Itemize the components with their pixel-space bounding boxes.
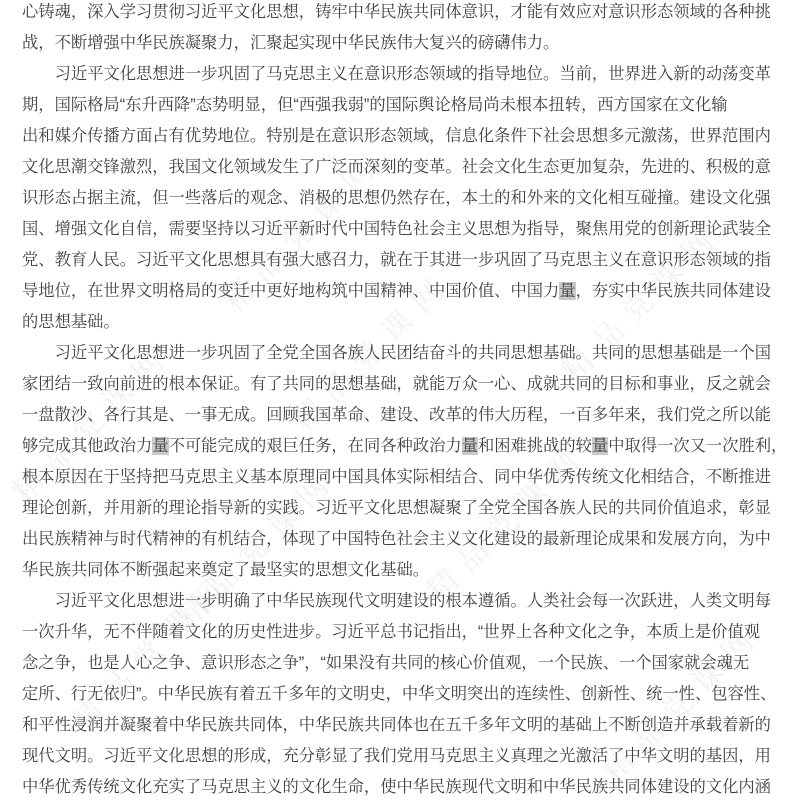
- text-line: 现代文明。习近平文化思想的形成，充分彰显了我们党用马克思主义真理之光激活了中华文…: [22, 741, 782, 772]
- paragraph: 心铸魂，深入学习贯彻习近平文化思想，铸牢中华民族共同体意识，才能有效应对意识形态…: [22, 0, 782, 59]
- document-text-body: 心铸魂，深入学习贯彻习近平文化思想，铸牢中华民族共同体意识，才能有效应对意识形态…: [22, 0, 782, 800]
- text-line: 中华优秀传统文化充实了马克思主义的文化生命，使中华民族现代文明和中华民族共同体建…: [22, 772, 782, 800]
- text-line: 的思想基础。: [22, 307, 782, 338]
- paragraph: 习近平文化思想进一步巩固了全党全国各族人民团结奋斗的共同思想基础。共同的思想基础…: [22, 338, 782, 586]
- text-line: 华民族共同体不断强起来奠定了最坚实的思想文化基础。: [22, 555, 782, 586]
- text-line: 出和媒介传播方面占有优势地位。特别是在意识形态领域，信息化条件下社会思想多元激荡…: [22, 121, 782, 152]
- text-line: 识形态占据主流，但一些落后的观念、消极的思想仍然存在，本土的和外来的文化相互碰撞…: [22, 183, 782, 214]
- text-line: 心铸魂，深入学习贯彻习近平文化思想，铸牢中华民族共同体意识，才能有效应对意识形态…: [22, 0, 782, 28]
- text-line: 够完成其他政治力量不可能完成的艰巨任务，在同各种政治力量和困难挑战的较量中取得一…: [22, 431, 782, 462]
- text-line: 习近平文化思想进一步巩固了全党全国各族人民团结奋斗的共同思想基础。共同的思想基础…: [22, 338, 782, 369]
- text-line: 家团结一致向前进的根本保证。有了共同的思想基础，就能万众一心、成就共同的目标和事…: [22, 369, 782, 400]
- text-line: 国、增强文化自信，需要坚持以习近平新时代中国特色社会主义思想为指导，聚焦用党的创…: [22, 214, 782, 245]
- document-page: 精品党课网精品党课网精品党课网精品党课网精品党课网精品党课网精品党课网精品党课网…: [0, 0, 800, 800]
- text-line: 期，国际格局“东升西降”态势明显，但“西强我弱”的国际舆论格局尚未根本扭转，西方…: [22, 90, 782, 121]
- text-line: 和平性浸润并凝聚着中华民族共同体，中华民族共同体也在五千多年文明的基础上不断创造…: [22, 710, 782, 741]
- text-line: 根本原因在于坚持把马克思主义基本原理同中国具体实际相结合、同中华优秀传统文化相结…: [22, 462, 782, 493]
- text-line: 定所、行无依归”。中华民族有着五千多年的文明史，中华文明突出的连续性、创新性、统…: [22, 679, 782, 710]
- text-line: 念之争，也是人心之争、意识形态之争”，“如果没有共同的核心价值观，一个民族、一个…: [22, 648, 782, 679]
- text-line: 习近平文化思想进一步明确了中华民族现代文明建设的根本遵循。人类社会每一次跃进，人…: [22, 586, 782, 617]
- paragraph: 习近平文化思想进一步明确了中华民族现代文明建设的根本遵循。人类社会每一次跃进，人…: [22, 586, 782, 800]
- masked-char: 量: [462, 437, 478, 455]
- text-line: 党、教育人民。习近平文化思想具有强大感召力，就在于其进一步巩固了马克思主义在意识…: [22, 245, 782, 276]
- text-line: 一盘散沙、各行其是、一事无成。回顾我国革命、建设、改革的伟大历程，一百多年来，我…: [22, 400, 782, 431]
- text-line: 理论创新，并用新的理论指导新的实践。习近平文化思想凝聚了全党全国各族人民的共同价…: [22, 493, 782, 524]
- masked-char: 量: [152, 437, 168, 455]
- masked-char: 量: [559, 282, 575, 300]
- masked-char: 量: [592, 437, 608, 455]
- text-line: 导地位，在世界文明格局的变迁中更好地构筑中国精神、中国价值、中国力量，夯实中华民…: [22, 276, 782, 307]
- text-line: 习近平文化思想进一步巩固了马克思主义在意识形态领域的指导地位。当前，世界进入新的…: [22, 59, 782, 90]
- text-line: 文化思潮交锋激烈，我国文化领域发生了广泛而深刻的变革。社会文化生态更加复杂，先进…: [22, 152, 782, 183]
- text-line: 一次升华，无不伴随着文化的历史性进步。习近平总书记指出，“世界上各种文化之争，本…: [22, 617, 782, 648]
- paragraph: 习近平文化思想进一步巩固了马克思主义在意识形态领域的指导地位。当前，世界进入新的…: [22, 59, 782, 338]
- text-line: 战，不断增强中华民族凝聚力，汇聚起实现中华民族伟大复兴的磅礴伟力。: [22, 28, 782, 59]
- text-line: 出民族精神与时代精神的有机结合，体现了中国特色社会主义文化建设的最新理论成果和发…: [22, 524, 782, 555]
